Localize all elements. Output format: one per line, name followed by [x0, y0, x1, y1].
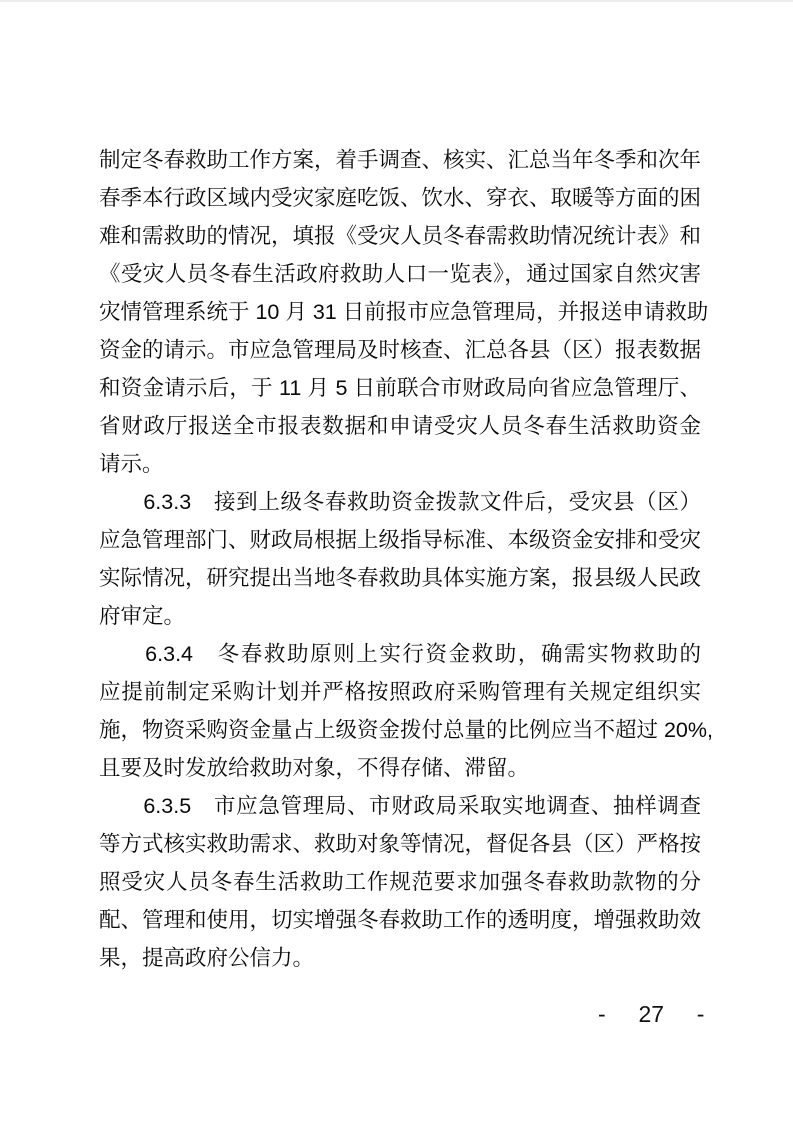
text-line: 6.3.3 接到上级冬春救助资金拨款文件后，受灾县（区）: [99, 483, 701, 521]
text-line: 施，物资采购资金量占上级资金拨付总量的比例应当不超过 20%,: [99, 711, 701, 749]
text-line: 府审定。: [99, 597, 701, 635]
text-line: 果，提高政府公信力。: [99, 939, 701, 977]
text-line: 且要及时发放给救助对象，不得存储、滞留。: [99, 749, 701, 787]
text-line: 春季本行政区域内受灾家庭吃饭、饮水、穿衣、取暖等方面的困: [99, 179, 701, 217]
text-line: 等方式核实救助需求、救助对象等情况，督促各县（区）严格按: [99, 825, 701, 863]
text-line: 省财政厅报送全市报表数据和申请受灾人员冬春生活救助资金: [99, 407, 701, 445]
paragraph-6.3.5: 6.3.5 市应急管理局、市财政局采取实地调查、抽样调查等方式核实救助需求、救助…: [99, 787, 701, 977]
paragraph-6.3.4: 6.3.4 冬春救助原则上实行资金救助，确需实物救助的应提前制定采购计划并严格按…: [99, 635, 701, 787]
page-number: - 27 -: [598, 1001, 704, 1028]
document-page: 制定冬春救助工作方案，着手调查、核实、汇总当年冬季和次年春季本行政区域内受灾家庭…: [0, 0, 793, 1122]
text-line: 制定冬春救助工作方案，着手调查、核实、汇总当年冬季和次年: [99, 141, 701, 179]
text-line: 请示。: [99, 445, 701, 483]
text-line: 实际情况，研究提出当地冬春救助具体实施方案，报县级人民政: [99, 559, 701, 597]
text-line: 难和需救助的情况，填报《受灾人员冬春需救助情况统计表》和: [99, 217, 701, 255]
text-line: 应提前制定采购计划并严格按照政府采购管理有关规定组织实: [99, 673, 701, 711]
paragraph-6.3.3: 6.3.3 接到上级冬春救助资金拨款文件后，受灾县（区）应急管理部门、财政局根据…: [99, 483, 701, 635]
text-line: 照受灾人员冬春生活救助工作规范要求加强冬春救助款物的分: [99, 863, 701, 901]
text-line: 6.3.5 市应急管理局、市财政局采取实地调查、抽样调查: [99, 787, 701, 825]
text-line: 和资金请示后，于 11 月 5 日前联合市财政局向省应急管理厅、: [99, 369, 701, 407]
text-line: 灾情管理系统于 10 月 31 日前报市应急管理局，并报送申请救助: [99, 293, 701, 331]
text-line: 6.3.4 冬春救助原则上实行资金救助，确需实物救助的: [99, 635, 701, 673]
document-body: 制定冬春救助工作方案，着手调查、核实、汇总当年冬季和次年春季本行政区域内受灾家庭…: [99, 141, 701, 977]
text-line: 应急管理部门、财政局根据上级指导标准、本级资金安排和受灾: [99, 521, 701, 559]
text-line: 资金的请示。市应急管理局及时核查、汇总各县（区）报表数据: [99, 331, 701, 369]
paragraph: 制定冬春救助工作方案，着手调查、核实、汇总当年冬季和次年春季本行政区域内受灾家庭…: [99, 141, 701, 483]
text-line: 《受灾人员冬春生活政府救助人口一览表》，通过国家自然灾害: [99, 255, 701, 293]
text-line: 配、管理和使用，切实增强冬春救助工作的透明度，增强救助效: [99, 901, 701, 939]
